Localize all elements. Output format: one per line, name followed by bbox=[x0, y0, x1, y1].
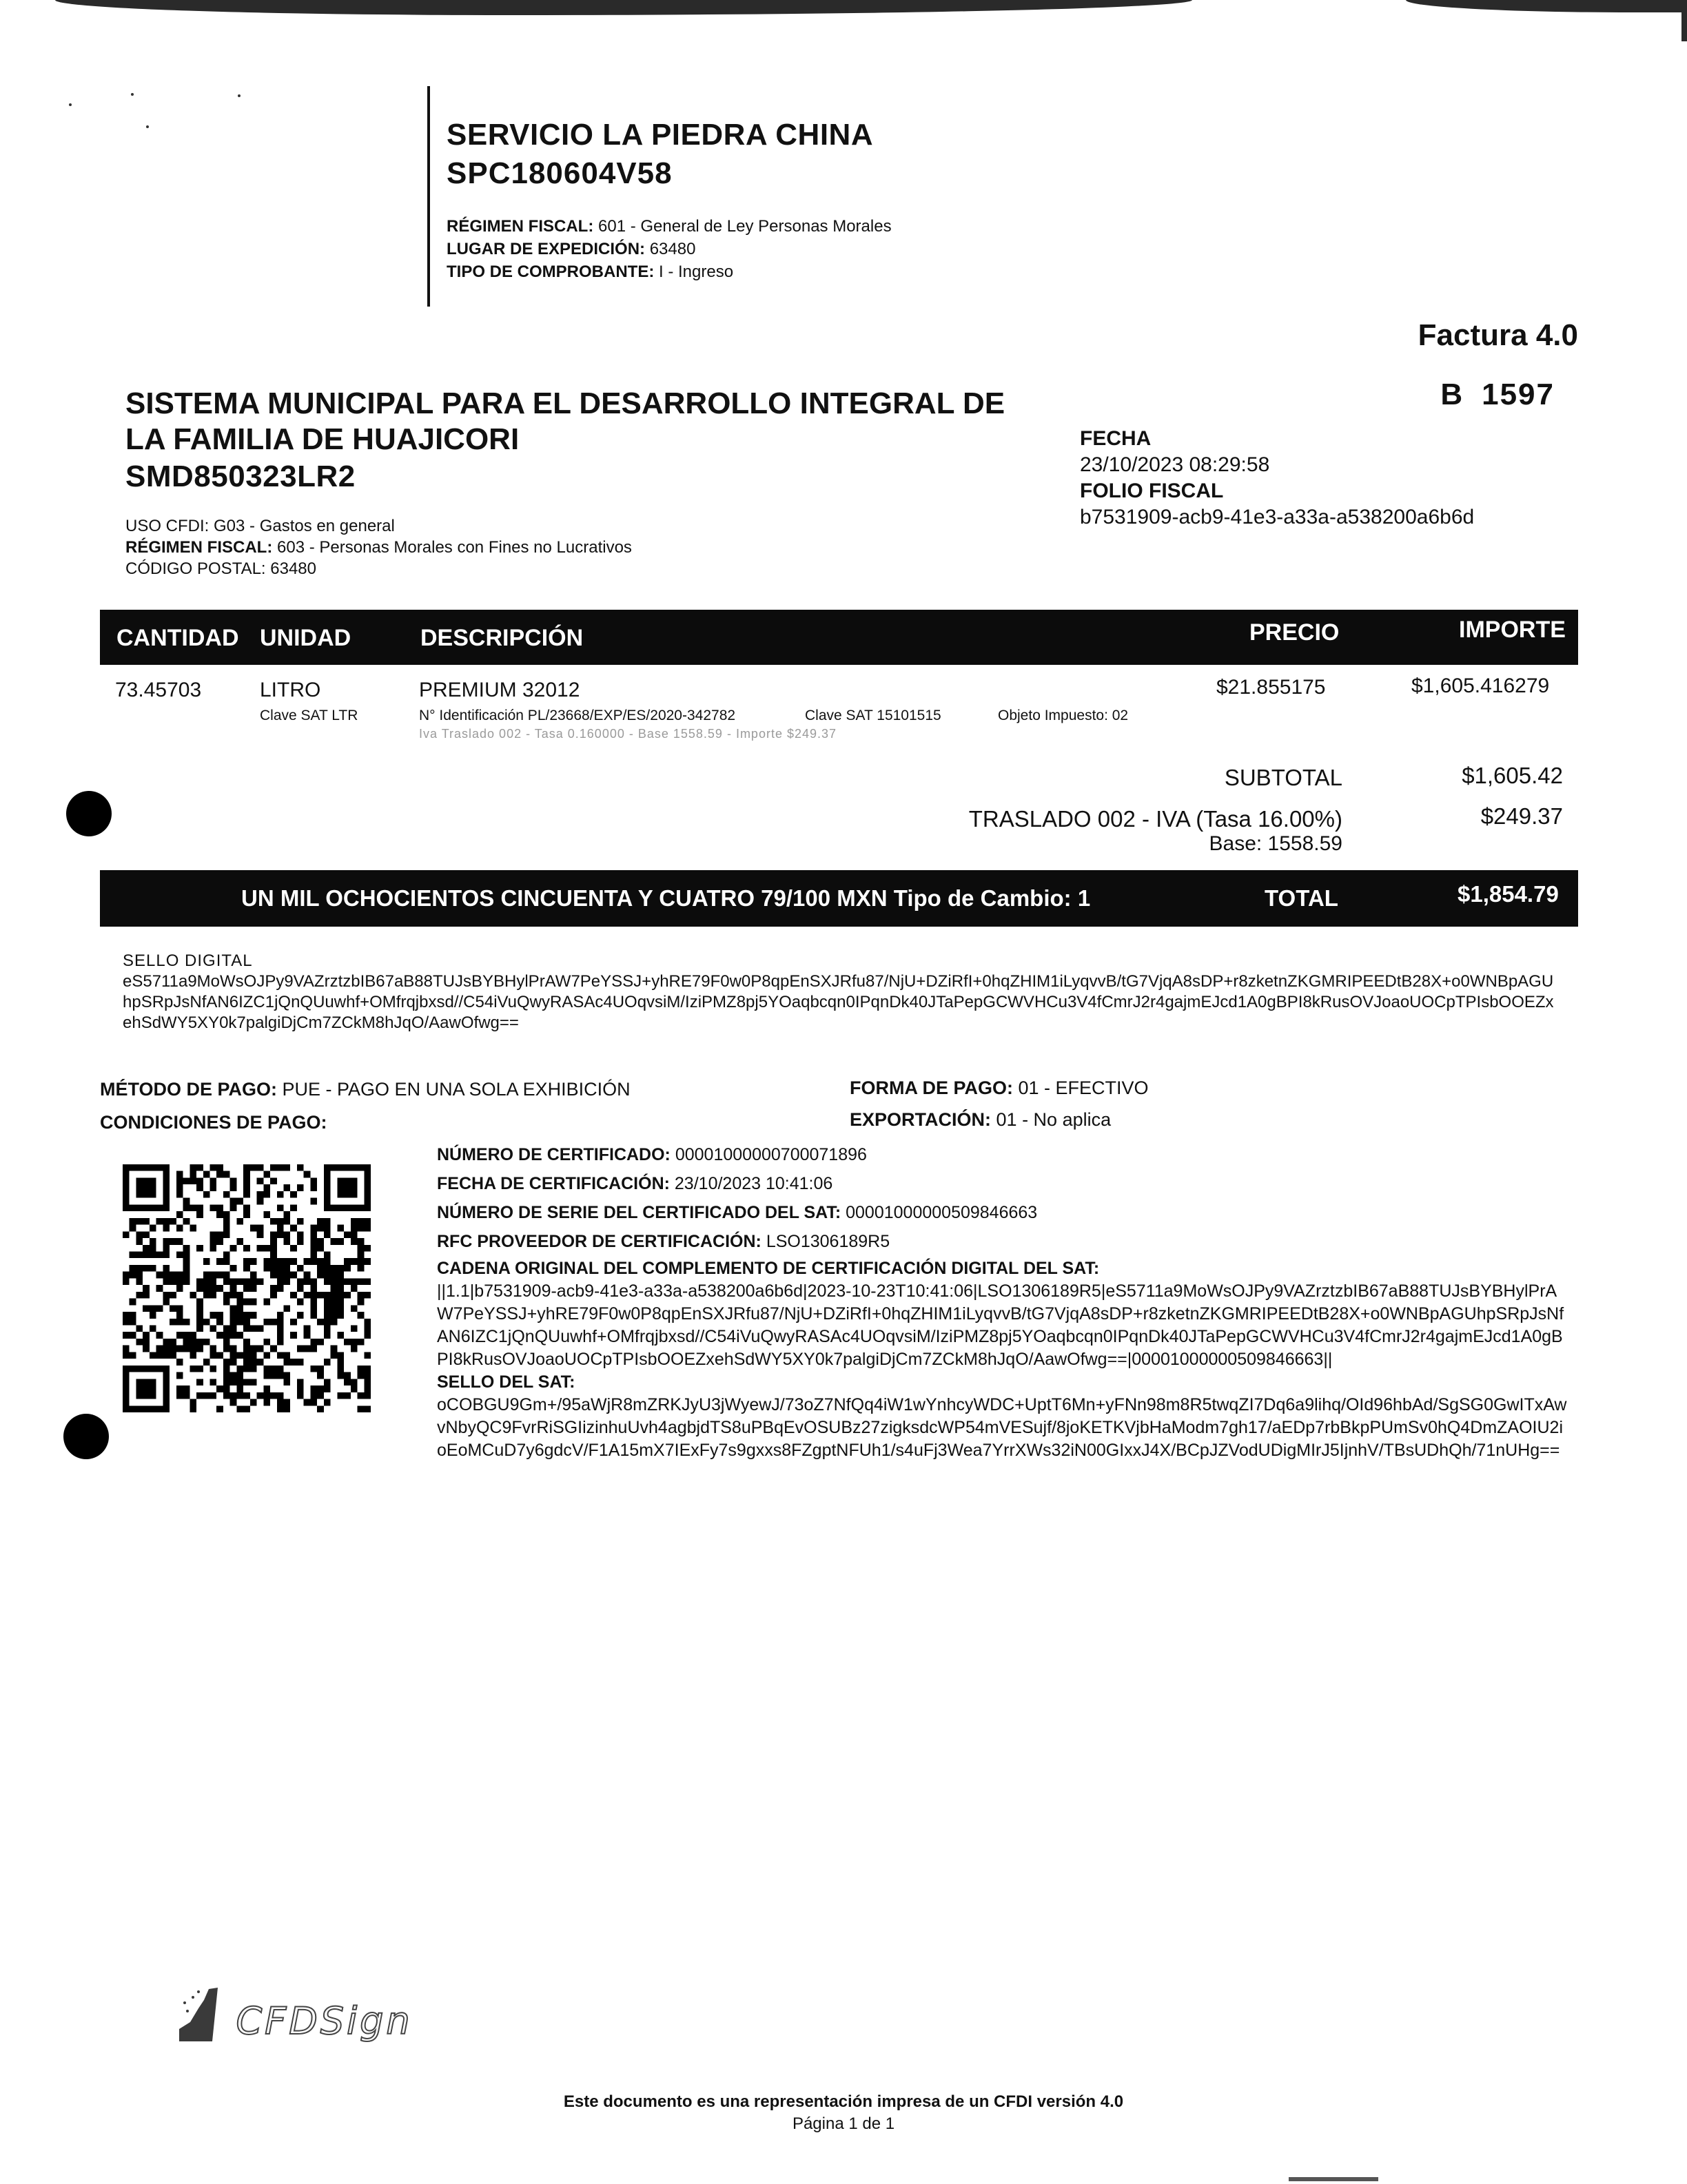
footer-disclaimer: Este documento es una representación imp… bbox=[0, 2091, 1687, 2113]
scan-edge-shadow bbox=[1681, 0, 1687, 41]
num-certificado: NÚMERO DE CERTIFICADO: 00001000000700071… bbox=[437, 1144, 1567, 1166]
metodo-pago-label: MÉTODO DE PAGO: bbox=[100, 1079, 277, 1100]
rfc-proveedor-label: RFC PROVEEDOR DE CERTIFICACIÓN: bbox=[437, 1232, 761, 1251]
table-row: 73.45703 LITRO Clave SAT LTR PREMIUM 320… bbox=[100, 679, 1578, 744]
row-impuesto-detalle: Iva Traslado 002 - Tasa 0.160000 - Base … bbox=[419, 727, 837, 741]
scan-edge-shadow bbox=[1406, 0, 1687, 12]
header-precio: PRECIO bbox=[1249, 619, 1339, 646]
row-descripcion: PREMIUM 32012 bbox=[419, 679, 580, 702]
folio-fiscal-value: b7531909-acb9-41e3-a33a-a538200a6b6d bbox=[1080, 504, 1474, 530]
scan-edge-shadow bbox=[1289, 2177, 1378, 2181]
document-type: Factura 4.0 bbox=[1418, 318, 1578, 353]
receiver-regimen-value: 603 - Personas Morales con Fines no Lucr… bbox=[277, 538, 632, 557]
cfdsign-logo-icon bbox=[178, 1988, 233, 2043]
serie-certificado-sat-label: NÚMERO DE SERIE DEL CERTIFICADO DEL SAT: bbox=[437, 1203, 841, 1222]
document-folio: B1597 bbox=[1440, 378, 1555, 412]
issuer-name: SERVICIO LA PIEDRA CHINA bbox=[447, 116, 892, 154]
concepts-table-header: CANTIDAD UNIDAD DESCRIPCIÓN PRECIO IMPOR… bbox=[100, 610, 1578, 665]
total-value: $1,854.79 bbox=[1458, 881, 1559, 907]
issuer-regimen-value: 601 - General de Ley Personas Morales bbox=[598, 217, 892, 236]
issuer-lugar-label: LUGAR DE EXPEDICIÓN: bbox=[447, 240, 645, 258]
metodo-pago: MÉTODO DE PAGO: PUE - PAGO EN UNA SOLA E… bbox=[100, 1079, 631, 1100]
exportacion: EXPORTACIÓN: 01 - No aplica bbox=[850, 1109, 1111, 1131]
fecha-certificacion: FECHA DE CERTIFICACIÓN: 23/10/2023 10:41… bbox=[437, 1173, 1567, 1195]
sello-digital-block: SELLO DIGITAL eS5711a9MoWsOJPy9VAZrztzbI… bbox=[123, 951, 1556, 1033]
receiver-cp-value: 63480 bbox=[270, 559, 316, 578]
row-identificacion: N° Identificación PL/23668/EXP/ES/2020-3… bbox=[419, 708, 735, 724]
folio-fiscal-label: FOLIO FISCAL bbox=[1080, 478, 1474, 504]
rfc-proveedor-value: LSO1306189R5 bbox=[766, 1232, 890, 1251]
sello-sat: SELLO DEL SAT: bbox=[437, 1371, 1567, 1394]
issuer-rfc: SPC180604V58 bbox=[447, 154, 892, 193]
subtotal-label: SUBTOTAL bbox=[1225, 765, 1342, 791]
receiver-cp-label: CÓDIGO POSTAL: bbox=[125, 559, 266, 578]
footer: Este documento es una representación imp… bbox=[0, 2091, 1687, 2135]
qr-code-icon bbox=[123, 1164, 371, 1412]
total-label: TOTAL bbox=[1265, 885, 1338, 911]
num-certificado-label: NÚMERO DE CERTIFICADO: bbox=[437, 1145, 671, 1164]
fecha-label: FECHA bbox=[1080, 426, 1474, 452]
issuer-block: SERVICIO LA PIEDRA CHINA SPC180604V58 RÉ… bbox=[447, 116, 892, 283]
num-certificado-value: 00001000000700071896 bbox=[675, 1145, 867, 1164]
metodo-pago-value: PUE - PAGO EN UNA SOLA EXHIBICIÓN bbox=[283, 1079, 631, 1100]
receiver-regimen-label: RÉGIMEN FISCAL: bbox=[125, 538, 272, 557]
forma-pago: FORMA DE PAGO: 01 - EFECTIVO bbox=[850, 1078, 1149, 1099]
receiver-rfc: SMD850323LR2 bbox=[125, 457, 1035, 496]
fecha-certificacion-label: FECHA DE CERTIFICACIÓN: bbox=[437, 1174, 670, 1193]
serie-certificado-sat: NÚMERO DE SERIE DEL CERTIFICADO DEL SAT:… bbox=[437, 1202, 1567, 1224]
condiciones-pago: CONDICIONES DE PAGO: bbox=[100, 1112, 327, 1133]
row-clave-sat: Clave SAT 15101515 bbox=[805, 708, 941, 724]
receiver-uso-value: G03 - Gastos en general bbox=[214, 517, 395, 535]
forma-pago-value: 01 - EFECTIVO bbox=[1019, 1078, 1149, 1098]
fecha-value: 23/10/2023 08:29:58 bbox=[1080, 452, 1474, 478]
exportacion-label: EXPORTACIÓN: bbox=[850, 1109, 991, 1130]
forma-pago-label: FORMA DE PAGO: bbox=[850, 1078, 1013, 1098]
amount-in-words: UN MIL OCHOCIENTOS CINCUENTA Y CUATRO 79… bbox=[241, 885, 1090, 911]
document-folio-number: 1597 bbox=[1482, 378, 1555, 411]
sello-digital-label: SELLO DIGITAL bbox=[123, 951, 1556, 971]
subtotal-value: $1,605.42 bbox=[1462, 763, 1563, 789]
row-precio: $21.855175 bbox=[1216, 676, 1326, 699]
document-serie: B bbox=[1440, 378, 1464, 411]
receiver-name: SISTEMA MUNICIPAL PARA EL DESARROLLO INT… bbox=[125, 386, 1035, 457]
fecha-certificacion-value: 23/10/2023 10:41:06 bbox=[675, 1174, 832, 1193]
issuer-tipo-label: TIPO DE COMPROBANTE: bbox=[447, 262, 654, 281]
certification-block: NÚMERO DE CERTIFICADO: 00001000000700071… bbox=[437, 1144, 1567, 1462]
hole-punch-mark bbox=[66, 791, 112, 836]
receiver-uso-label: USO CFDI: bbox=[125, 517, 209, 535]
sello-digital-value: eS5711a9MoWsOJPy9VAZrztzbIB67aB88TUJsBYB… bbox=[123, 971, 1556, 1033]
hole-punch-mark bbox=[63, 1414, 109, 1459]
iva-label: TRASLADO 002 - IVA (Tasa 16.00%) bbox=[969, 806, 1342, 832]
cfdsign-logo-text: CFDSign bbox=[236, 1999, 412, 2043]
sello-sat-label: SELLO DEL SAT: bbox=[437, 1372, 575, 1392]
issuer-lugar-value: 63480 bbox=[650, 240, 696, 258]
exportacion-value: 01 - No aplica bbox=[996, 1109, 1112, 1130]
serie-certificado-sat-value: 00001000000509846663 bbox=[846, 1203, 1037, 1222]
header-importe: IMPORTE bbox=[1459, 617, 1566, 643]
row-clave-unidad: Clave SAT LTR bbox=[260, 708, 358, 724]
issuer-regimen: RÉGIMEN FISCAL: 601 - General de Ley Per… bbox=[447, 215, 892, 238]
row-unidad: LITRO bbox=[260, 679, 320, 702]
cadena-original-value: ||1.1|b7531909-acb9-41e3-a33a-a538200a6b… bbox=[437, 1280, 1567, 1371]
issuer-divider bbox=[427, 86, 430, 307]
row-cantidad: 73.45703 bbox=[115, 679, 201, 702]
header-unidad: UNIDAD bbox=[260, 625, 351, 652]
iva-value: $249.37 bbox=[1481, 803, 1563, 830]
cadena-original: CADENA ORIGINAL DEL COMPLEMENTO DE CERTI… bbox=[437, 1257, 1567, 1280]
condiciones-pago-label: CONDICIONES DE PAGO: bbox=[100, 1112, 327, 1133]
iva-base: Base: 1558.59 bbox=[1209, 832, 1343, 856]
issuer-tipo: TIPO DE COMPROBANTE: I - Ingreso bbox=[447, 260, 892, 283]
row-objeto-impuesto: Objeto Impuesto: 02 bbox=[998, 708, 1128, 724]
total-bar: UN MIL OCHOCIENTOS CINCUENTA Y CUATRO 79… bbox=[100, 870, 1578, 927]
receiver-cp: CÓDIGO POSTAL: 63480 bbox=[125, 558, 1035, 579]
row-importe: $1,605.416279 bbox=[1411, 674, 1549, 698]
receiver-regimen: RÉGIMEN FISCAL: 603 - Personas Morales c… bbox=[125, 537, 1035, 558]
rfc-proveedor: RFC PROVEEDOR DE CERTIFICACIÓN: LSO13061… bbox=[437, 1230, 1567, 1253]
scan-edge-shadow bbox=[55, 0, 1192, 15]
header-descripcion: DESCRIPCIÓN bbox=[420, 625, 583, 652]
issuer-tipo-value: I - Ingreso bbox=[659, 262, 733, 281]
receiver-block: SISTEMA MUNICIPAL PARA EL DESARROLLO INT… bbox=[125, 386, 1035, 579]
document-meta: FECHA 23/10/2023 08:29:58 FOLIO FISCAL b… bbox=[1080, 426, 1474, 530]
header-cantidad: CANTIDAD bbox=[116, 625, 239, 652]
cfdsign-logo: CFDSign bbox=[178, 1988, 413, 2043]
page-number: Página 1 de 1 bbox=[0, 2113, 1687, 2135]
issuer-regimen-label: RÉGIMEN FISCAL: bbox=[447, 217, 593, 236]
cadena-original-label: CADENA ORIGINAL DEL COMPLEMENTO DE CERTI… bbox=[437, 1259, 1099, 1278]
sello-sat-value: oCOBGU9Gm+/95aWjR8mZRKJyU3jWyewJ/73oZ7Nf… bbox=[437, 1394, 1567, 1462]
receiver-uso: USO CFDI: G03 - Gastos en general bbox=[125, 515, 1035, 537]
issuer-lugar: LUGAR DE EXPEDICIÓN: 63480 bbox=[447, 238, 892, 260]
